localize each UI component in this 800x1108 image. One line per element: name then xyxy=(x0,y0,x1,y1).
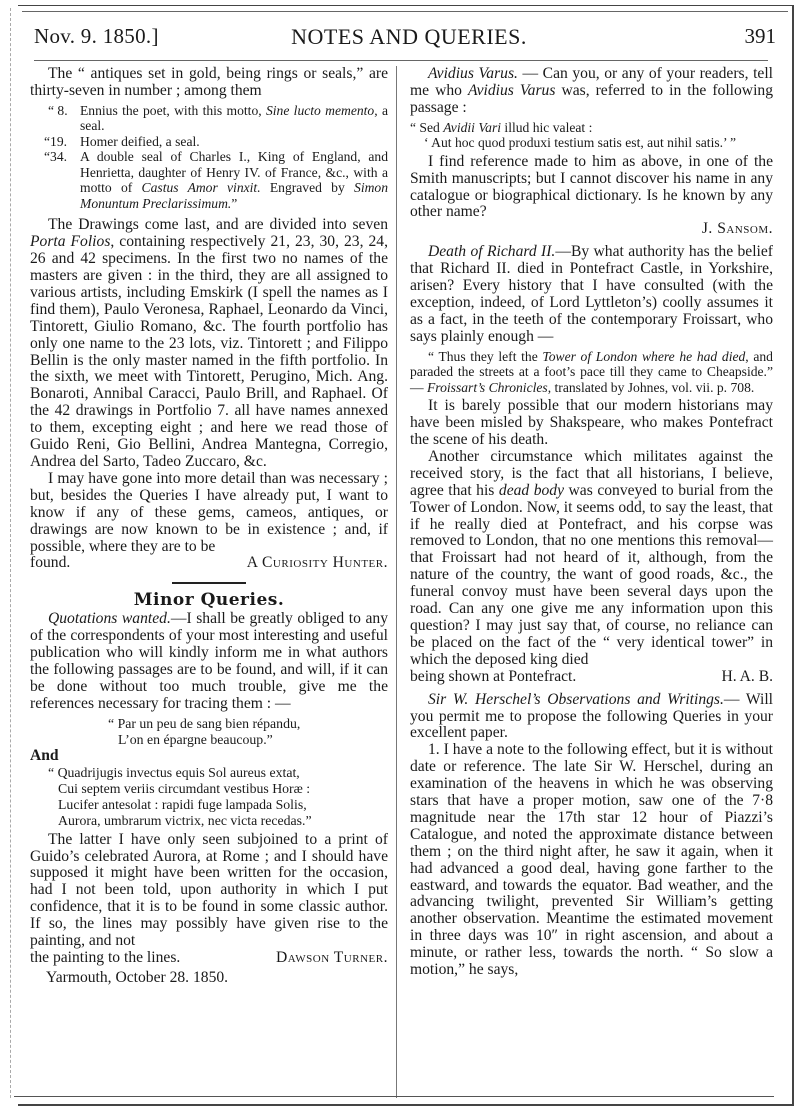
quote-text-end: illud hic valeat : xyxy=(501,120,592,135)
antiques-paragraph: The “ antiques set in gold, being rings … xyxy=(30,66,388,100)
dateline: Yarmouth, October 28. 1850. xyxy=(30,970,388,987)
query-title: Avidius Varus. xyxy=(428,65,518,82)
seal-item-number: “19. xyxy=(44,134,80,150)
paragraph-text-cont: was conveyed to burial from the Tower of… xyxy=(410,482,773,668)
name-avidius-varus: Avidius Varus xyxy=(468,82,555,99)
closing-quote: ” xyxy=(231,196,237,211)
query-title: Sir W. Herschel’s Observations and Writi… xyxy=(428,691,724,708)
page-number: 391 xyxy=(745,24,777,49)
seal-text-mid: Engraved by xyxy=(261,180,354,195)
verse-line: Lucifer antesolat : rapidi fuge lampada … xyxy=(48,797,388,813)
drawings-paragraph: The Drawings come last, and are divided … xyxy=(30,217,388,471)
avidius-followup: I find reference made to him as above, i… xyxy=(410,154,773,222)
verse-line: “ Par un peu de sang bien répandu, xyxy=(108,716,388,732)
signature-curiosity-hunter: A Curiosity Hunter. xyxy=(247,555,388,572)
query-title: Quotations wanted. xyxy=(48,610,171,627)
and-label: And xyxy=(30,748,388,765)
latin-quote: “ Sed Avidii Vari illud hic valeat : ‘ A… xyxy=(410,120,773,151)
verse-line: Cui septem veriis circumdant vestibus Ho… xyxy=(48,781,388,797)
latin-verse: “ Quadrijugis invectus equis Sol aureus … xyxy=(30,765,388,829)
quote-text: “ Sed xyxy=(410,120,443,135)
signature-line: the painting to the lines. Dawson Turner… xyxy=(30,950,388,967)
verse-line: L’on en épargne beaucoup.” xyxy=(108,732,388,748)
seal-text: Ennius the poet, with this motto, xyxy=(80,103,266,118)
seal-list: “ 8. Ennius the poet, with this motto, S… xyxy=(30,103,388,212)
herschel-note-paragraph: 1. I have a note to the following effect… xyxy=(410,742,773,979)
quote-line: ‘ Aut hoc quod produxi testium satis est… xyxy=(410,135,773,151)
paragraph-end: found. xyxy=(30,555,70,572)
verse-line: “ Quadrijugis invectus equis Sol aureus … xyxy=(48,765,388,781)
froissart-quote: “ Thus they left the Tower of London whe… xyxy=(410,349,773,396)
french-verse: “ Par un peu de sang bien répandu, L’on … xyxy=(30,716,388,748)
seal-item-text: Homer deified, a seal. xyxy=(80,134,388,150)
seal-item-number: “ 8. xyxy=(48,103,80,134)
quote-emphasis: Tower of London where he had died xyxy=(542,349,745,364)
section-divider xyxy=(172,582,246,584)
porta-folios-term: Porta Folios xyxy=(30,233,110,250)
seal-motto: Castus Amor vinxit. xyxy=(142,180,261,195)
signature-dawson-turner: Dawson Turner. xyxy=(276,950,388,967)
avidius-paragraph: Avidius Varus. — Can you, or any of your… xyxy=(410,66,773,117)
seal-motto: Sine lucto memento xyxy=(266,103,374,118)
frame-top-rule xyxy=(22,11,788,12)
shakspeare-paragraph: It is barely possible that our modern hi… xyxy=(410,398,773,449)
signature-line: found. A Curiosity Hunter. xyxy=(30,555,388,572)
quote-text: “ Thus they left the xyxy=(428,349,542,364)
richard-paragraph: Death of Richard II.—By what authority h… xyxy=(410,244,773,345)
emphasis-dead-body: dead body xyxy=(499,482,564,499)
quote-name: Avidii Vari xyxy=(443,120,501,135)
paragraph-end: the painting to the lines. xyxy=(30,950,180,967)
seal-item-34: “34. A double seal of Charles I., King o… xyxy=(44,149,388,211)
page-edge-dotted-line xyxy=(10,8,11,1098)
source-details: , translated by Johnes, vol. vii. p. 708… xyxy=(548,380,755,395)
publication-title: NOTES AND QUERIES. xyxy=(34,24,784,50)
signature-line: being shown at Pontefract. H. A. B. xyxy=(410,669,773,686)
query-title: Death of Richard II. xyxy=(428,243,555,260)
source-title: Froissart’s Chronicles xyxy=(427,380,548,395)
seal-item-text: Ennius the poet, with this motto, Sine l… xyxy=(80,103,388,134)
seal-item-19: “19. Homer deified, a seal. xyxy=(44,134,388,150)
seal-item-number: “34. xyxy=(44,149,80,211)
paragraph-end: being shown at Pontefract. xyxy=(410,669,576,686)
header-rule xyxy=(34,60,768,61)
running-header: Nov. 9. 1850.] NOTES AND QUERIES. 391 xyxy=(34,22,784,56)
left-column: The “ antiques set in gold, being rings … xyxy=(30,66,388,987)
circumstance-paragraph: Another circumstance which militates aga… xyxy=(410,449,773,669)
seal-item-8: “ 8. Ennius the poet, with this motto, S… xyxy=(44,103,388,134)
signature-hab: H. A. B. xyxy=(721,669,773,686)
drawings-text: The Drawings come last, and are divided … xyxy=(48,216,388,233)
verse-line: Aurora, umbrarum victrix, nec victa rece… xyxy=(48,813,388,829)
quote-line: “ Sed Avidii Vari illud hic valeat : xyxy=(410,120,773,136)
drawings-text-cont: , containing respectively 21, 23, 30, 23… xyxy=(30,233,388,470)
section-heading-minor-queries: Minor Queries. xyxy=(30,592,388,609)
herschel-paragraph: Sir W. Herschel’s Observations and Writi… xyxy=(410,692,773,743)
queries-paragraph: I may have gone into more detail than wa… xyxy=(30,471,388,556)
bottom-rule xyxy=(14,1096,774,1097)
quotations-wanted-paragraph: Quotations wanted.—I shall be greatly ob… xyxy=(30,611,388,712)
seal-item-text: A double seal of Charles I., King of Eng… xyxy=(80,149,388,211)
column-divider xyxy=(396,66,397,1098)
aurora-paragraph: The latter I have only seen subjoined to… xyxy=(30,832,388,950)
signature-j-sansom: J. Sansom. xyxy=(410,221,773,238)
right-column: Avidius Varus. — Can you, or any of your… xyxy=(410,66,773,979)
